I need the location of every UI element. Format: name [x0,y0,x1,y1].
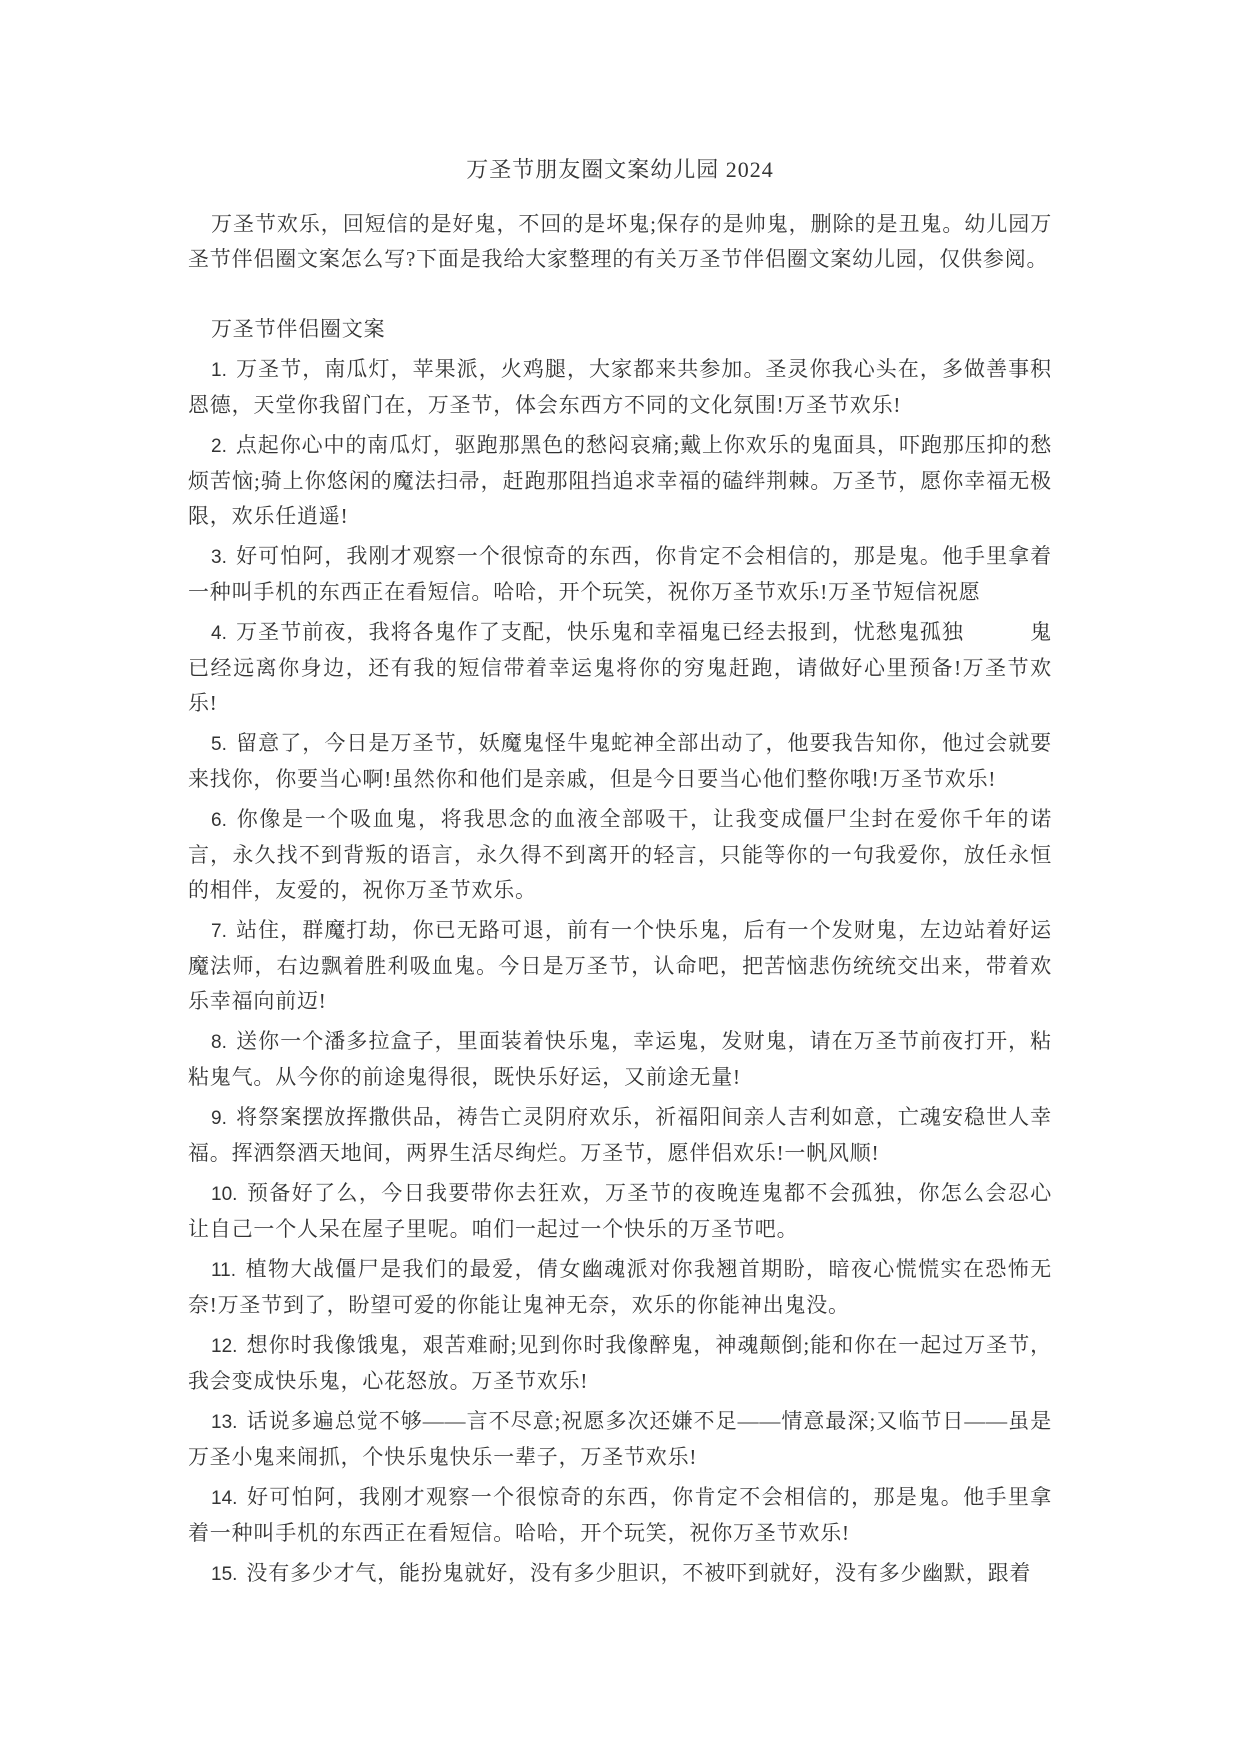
list-item: 15.没有多少才气，能扮鬼就好，没有多少胆识，不被吓到就好，没有多少幽默，跟着 [188,1556,1052,1592]
item-text: 想你时我像饿鬼，艰苦难耐;见到你时我像醉鬼，神魂颠倒;能和你在一起过万圣节，我会… [188,1333,1052,1393]
item-text: 万圣节前夜，我将各鬼作了支配，快乐鬼和幸福鬼已经去报到，忧愁鬼孤独 鬼已经远离你… [188,620,1052,715]
item-text: 你像是一个吸血鬼，将我思念的血液全部吸干，让我变成僵尸尘封在爱你千年的诺言，永久… [188,807,1052,902]
list-item: 6.你像是一个吸血鬼，将我思念的血液全部吸干，让我变成僵尸尘封在爱你千年的诺言，… [188,802,1052,908]
item-number: 13. [211,1412,237,1433]
list-item: 2.点起你心中的南瓜灯，驱跑那黑色的愁闷哀痛;戴上你欢乐的鬼面具，吓跑那压抑的愁… [188,428,1052,534]
item-text: 万圣节，南瓜灯，苹果派，火鸡腿，大家都来共参加。圣灵你我心头在，多做善事积恩德，… [188,357,1052,417]
intro-paragraph: 万圣节欢乐，回短信的是好鬼，不回的是坏鬼;保存的是帅鬼，删除的是丑鬼。幼儿园万圣… [188,207,1052,277]
list-item: 11.植物大战僵尸是我们的最爱，倩女幽魂派对你我翘首期盼，暗夜心慌慌实在恐怖无奈… [188,1252,1052,1323]
list-item: 12.想你时我像饿鬼，艰苦难耐;见到你时我像醉鬼，神魂颠倒;能和你在一起过万圣节… [188,1328,1052,1399]
item-text: 植物大战僵尸是我们的最爱，倩女幽魂派对你我翘首期盼，暗夜心慌慌实在恐怖无奈!万圣… [188,1257,1052,1317]
list-item: 10.预备好了么，今日我要带你去狂欢，万圣节的夜晚连鬼都不会孤独，你怎么会忍心让… [188,1176,1052,1247]
item-text: 送你一个潘多拉盒子，里面装着快乐鬼，幸运鬼，发财鬼，请在万圣节前夜打开，粘粘鬼气… [188,1029,1052,1089]
item-number: 7. [211,921,227,942]
item-number: 2. [211,436,227,457]
list-item: 9.将祭案摆放挥撒供品，祷告亡灵阴府欢乐，祈福阳间亲人吉利如意，亡魂安稳世人幸福… [188,1100,1052,1171]
list-item: 8.送你一个潘多拉盒子，里面装着快乐鬼，幸运鬼，发财鬼，请在万圣节前夜打开，粘粘… [188,1024,1052,1095]
item-number: 5. [211,734,227,755]
item-number: 10. [211,1184,237,1205]
list-item: 14.好可怕阿，我刚才观察一个很惊奇的东西，你肯定不会相信的，那是鬼。他手里拿着… [188,1480,1052,1551]
item-number: 6. [211,810,227,831]
item-text: 留意了，今日是万圣节，妖魔鬼怪牛鬼蛇神全部出动了，他要我告知你，他过会就要来找你… [188,731,1052,791]
document-page: 万圣节朋友圈文案幼儿园 2024 万圣节欢乐，回短信的是好鬼，不回的是坏鬼;保存… [0,0,1240,1753]
list-item: 13.话说多遍总觉不够——言不尽意;祝愿多次还嫌不足——情意最深;又临节日——虽… [188,1404,1052,1475]
item-number: 9. [211,1108,227,1129]
list-item: 7.站住，群魔打劫，你已无路可退，前有一个快乐鬼，后有一个发财鬼，左边站着好运魔… [188,913,1052,1019]
item-text: 好可怕阿，我刚才观察一个很惊奇的东西，你肯定不会相信的，那是鬼。他手里拿着一种叫… [188,1485,1052,1545]
item-number: 8. [211,1032,227,1053]
item-number: 3. [211,547,227,568]
item-number: 1. [211,360,227,381]
item-text: 话说多遍总觉不够——言不尽意;祝愿多次还嫌不足——情意最深;又临节日——虽是万圣… [188,1409,1052,1469]
item-number: 15. [211,1564,237,1585]
item-text: 预备好了么，今日我要带你去狂欢，万圣节的夜晚连鬼都不会孤独，你怎么会忍心让自己一… [188,1181,1052,1241]
item-number: 14. [211,1488,237,1509]
list-item: 3.好可怕阿，我刚才观察一个很惊奇的东西，你肯定不会相信的，那是鬼。他手里拿着一… [188,539,1052,610]
list-item: 5.留意了，今日是万圣节，妖魔鬼怪牛鬼蛇神全部出动了，他要我告知你，他过会就要来… [188,726,1052,797]
item-text: 好可怕阿，我刚才观察一个很惊奇的东西，你肯定不会相信的，那是鬼。他手里拿着一种叫… [188,544,1052,604]
document-title: 万圣节朋友圈文案幼儿园 2024 [188,152,1052,188]
item-number: 4. [211,623,227,644]
item-text: 将祭案摆放挥撒供品，祷告亡灵阴府欢乐，祈福阳间亲人吉利如意，亡魂安稳世人幸福。挥… [188,1105,1052,1165]
list-item: 1.万圣节，南瓜灯，苹果派，火鸡腿，大家都来共参加。圣灵你我心头在，多做善事积恩… [188,352,1052,423]
section-heading: 万圣节伴侣圈文案 [188,312,1052,347]
list-item: 4.万圣节前夜，我将各鬼作了支配，快乐鬼和幸福鬼已经去报到，忧愁鬼孤独 鬼已经远… [188,615,1052,721]
item-number: 11. [211,1260,236,1281]
item-number: 12. [211,1336,237,1357]
item-text: 没有多少才气，能扮鬼就好，没有多少胆识，不被吓到就好，没有多少幽默，跟着 [246,1561,1031,1585]
item-text: 站住，群魔打劫，你已无路可退，前有一个快乐鬼，后有一个发财鬼，左边站着好运魔法师… [188,918,1052,1013]
item-text: 点起你心中的南瓜灯，驱跑那黑色的愁闷哀痛;戴上你欢乐的鬼面具，吓跑那压抑的愁烦苦… [188,433,1052,528]
